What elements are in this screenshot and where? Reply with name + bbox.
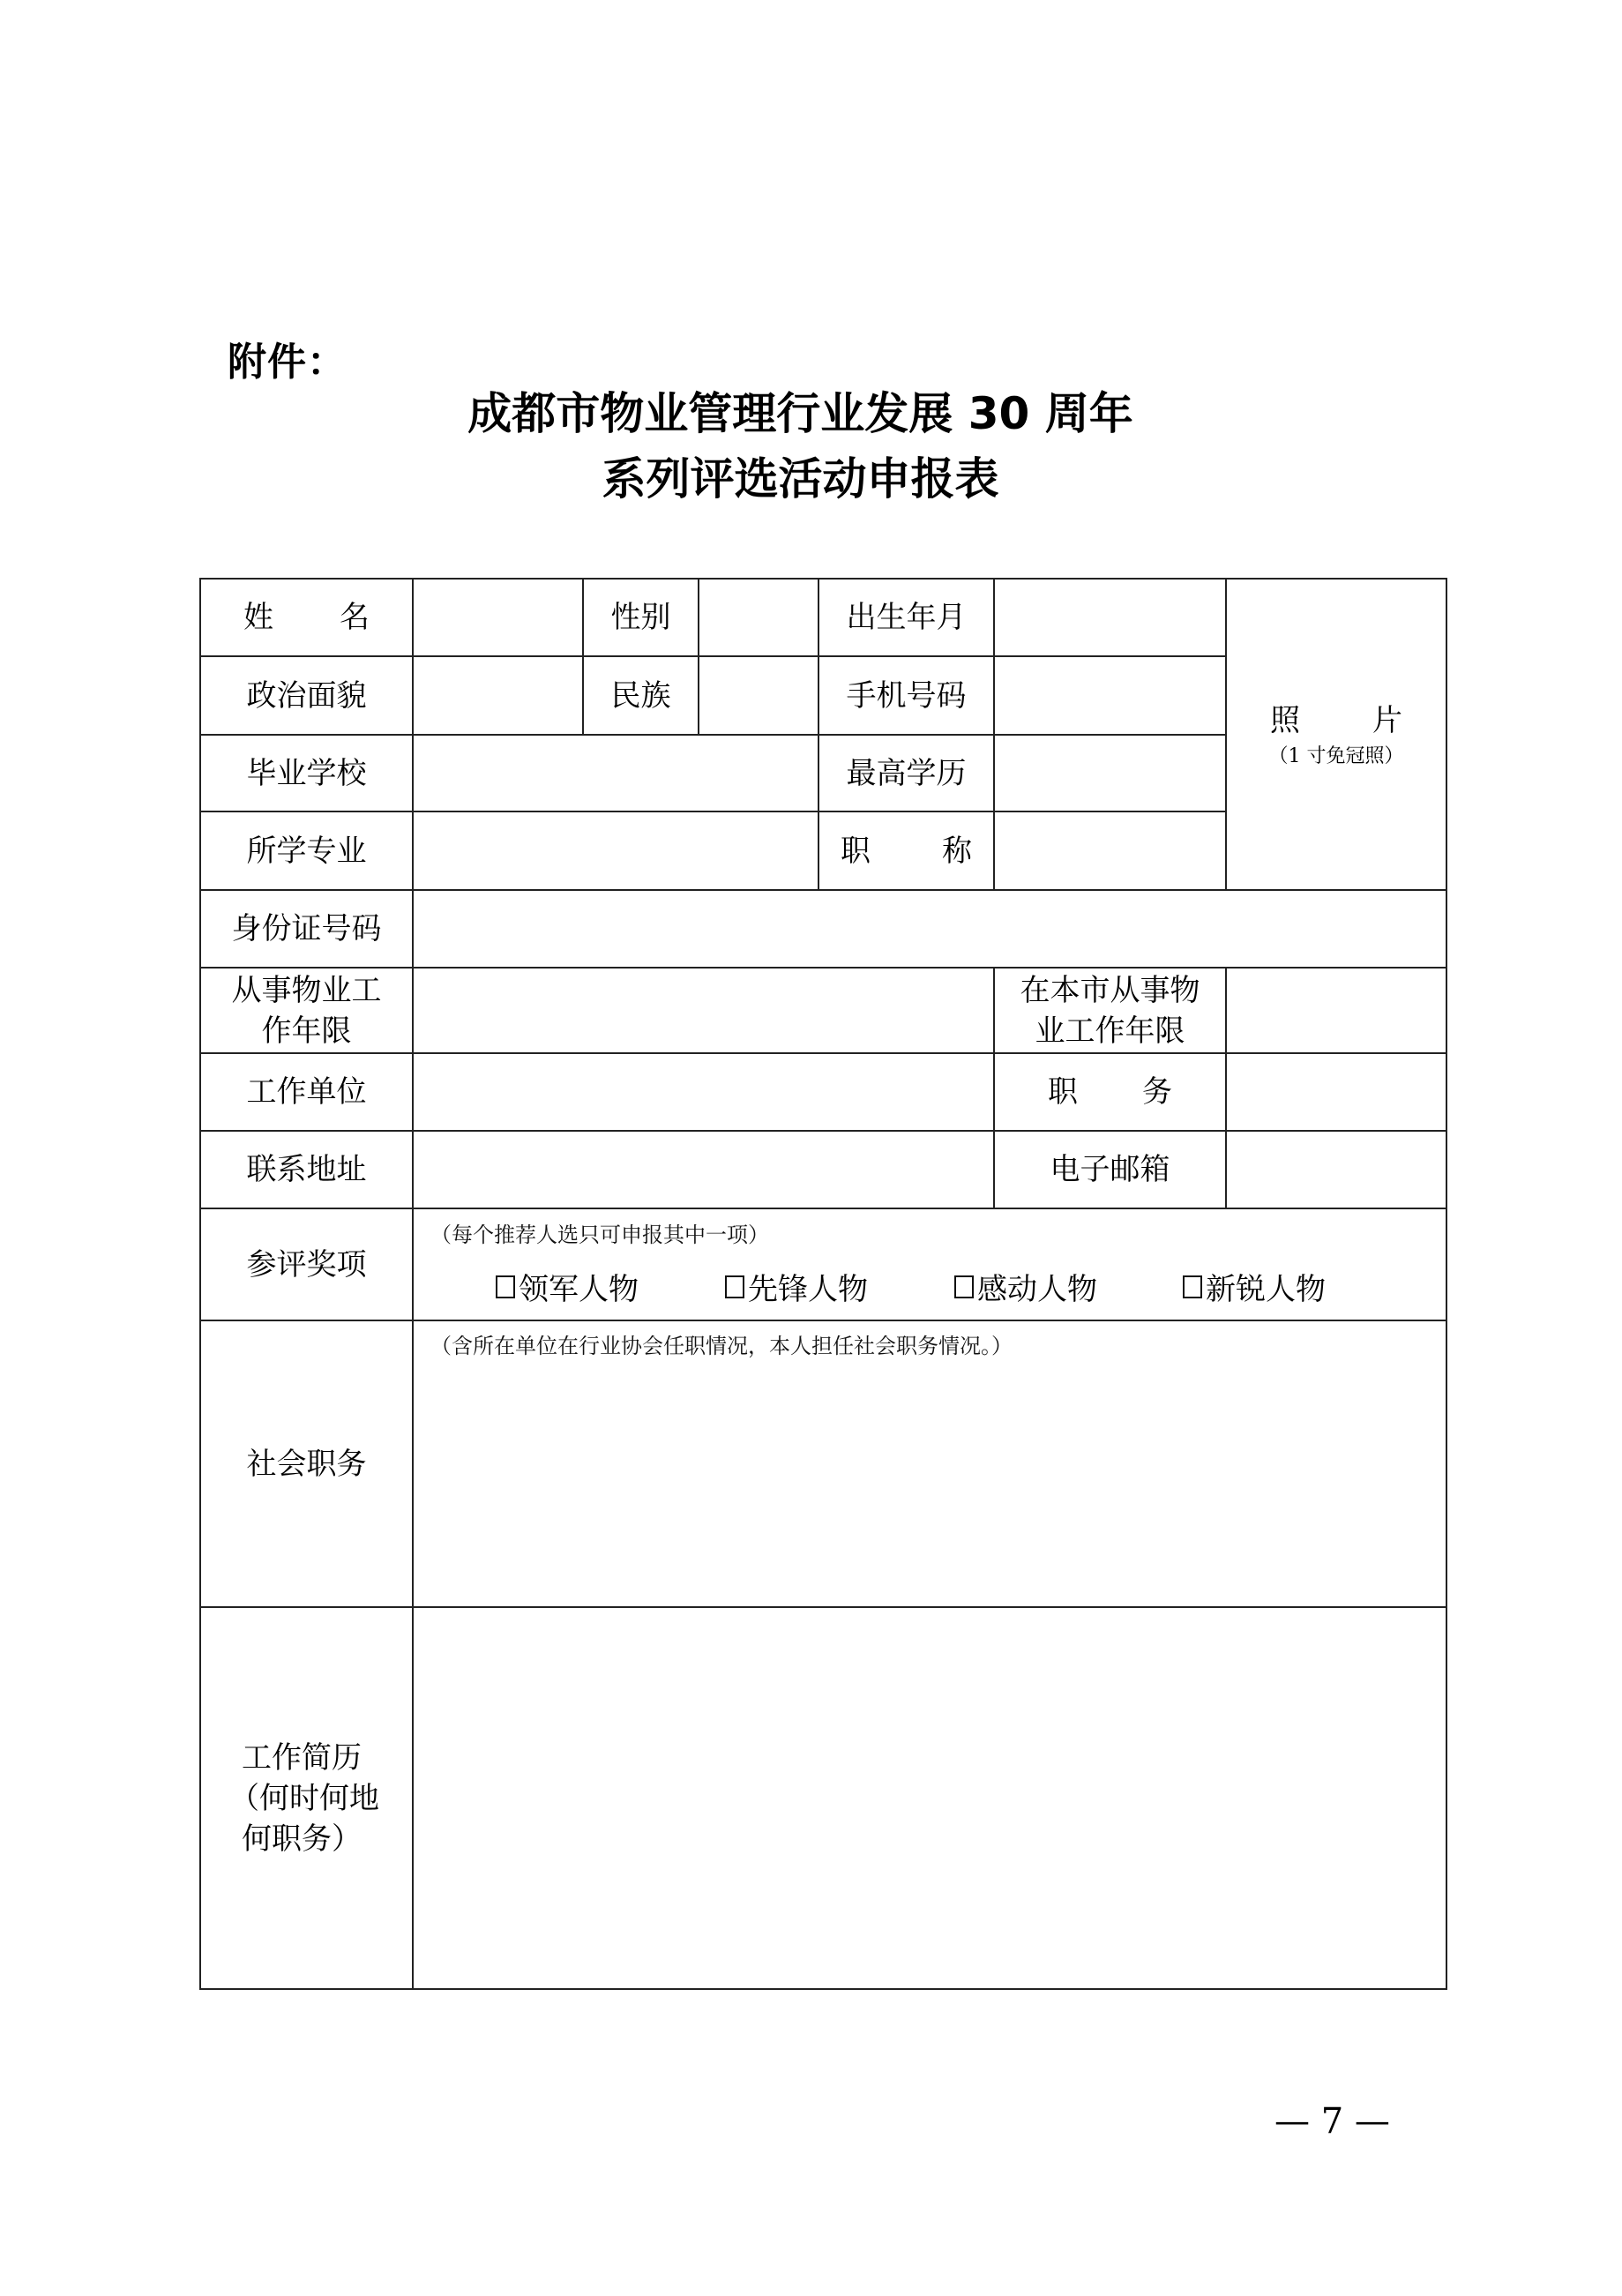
birth-label: 出生年月 (818, 578, 995, 657)
photo-label: 照片 （1 寸免冠照） (1269, 700, 1404, 769)
title-label-a: 职 (841, 831, 871, 871)
mobile-label: 手机号码 (818, 655, 995, 736)
name-label: 姓名 (199, 578, 414, 657)
title-label: 职称 (818, 811, 995, 891)
address-field[interactable] (412, 1130, 995, 1209)
email-field[interactable] (1225, 1130, 1447, 1209)
ethnicity-label: 民族 (582, 655, 699, 736)
page-title-line1: 成都市物业管理行业发展 30 周年 (0, 386, 1611, 441)
social-field[interactable] (412, 1320, 1447, 1608)
title-field[interactable] (993, 811, 1227, 891)
id-number-field[interactable] (412, 889, 1447, 969)
award-option-label: 新锐人物 (1206, 1265, 1326, 1308)
position-label-b: 务 (1142, 1072, 1172, 1112)
years-city-label-line2: 业工作年限 (1035, 1011, 1185, 1051)
award-option-rising[interactable]: 新锐人物 (1183, 1265, 1326, 1308)
mobile-field[interactable] (993, 655, 1227, 736)
position-label-a: 职 (1048, 1072, 1078, 1112)
page-title-line2: 系列评选活动申报表 (0, 452, 1611, 506)
years-industry-label-line1: 从事物业工 (232, 970, 382, 1011)
award-option-touching[interactable]: 感动人物 (954, 1265, 1097, 1308)
school-label: 毕业学校 (199, 734, 414, 812)
award-label: 参评奖项 (199, 1208, 414, 1321)
ethnicity-field[interactable] (698, 655, 819, 736)
position-label: 职务 (993, 1052, 1227, 1132)
years-industry-label-line2: 作年限 (262, 1011, 352, 1051)
photo-note: （1 寸免冠照） (1269, 744, 1404, 769)
email-label: 电子邮箱 (993, 1130, 1227, 1209)
resume-label: 工作简历 （何时何地 何职务） (199, 1606, 414, 1990)
name-label-a: 姓 (243, 597, 273, 638)
education-label: 最高学历 (818, 734, 995, 812)
page-number: — 7 — (1274, 2101, 1390, 2142)
years-industry-field[interactable] (412, 967, 995, 1054)
major-field[interactable] (412, 811, 819, 891)
years-industry-label: 从事物业工 作年限 (199, 967, 414, 1054)
years-city-field[interactable] (1225, 967, 1447, 1054)
social-hint: （含所在单位在行业协会任职情况，本人担任社会职务情况。） (430, 1328, 1013, 1359)
award-hint: （每个推荐人选只可申报其中一项） (430, 1217, 769, 1248)
title-label-b: 称 (942, 831, 972, 871)
award-option-leader[interactable]: 领军人物 (496, 1265, 639, 1308)
award-option-pioneer[interactable]: 先锋人物 (725, 1265, 868, 1308)
gender-field[interactable] (698, 578, 819, 657)
major-label: 所学专业 (199, 811, 414, 891)
checkbox-icon[interactable] (1183, 1275, 1202, 1298)
political-label: 政治面貌 (199, 655, 414, 736)
political-field[interactable] (412, 655, 584, 736)
years-city-label-line1: 在本市从事物 (1020, 970, 1200, 1011)
attachment-label: 附件： (228, 330, 347, 386)
years-city-label: 在本市从事物 业工作年限 (993, 967, 1227, 1054)
gender-label: 性别 (582, 578, 699, 657)
name-label-b: 名 (340, 597, 370, 638)
employer-label: 工作单位 (199, 1052, 414, 1132)
photo-label-a: 照 (1270, 700, 1300, 741)
education-field[interactable] (993, 734, 1227, 812)
position-field[interactable] (1225, 1052, 1447, 1132)
photo-label-b: 片 (1372, 700, 1402, 741)
award-option-label: 领军人物 (519, 1265, 639, 1308)
award-option-label: 先锋人物 (748, 1265, 868, 1308)
address-label: 联系地址 (199, 1130, 414, 1209)
checkbox-icon[interactable] (496, 1275, 515, 1298)
photo-box[interactable]: 照片 （1 寸免冠照） (1225, 578, 1447, 891)
school-field[interactable] (412, 734, 819, 812)
resume-label-line2: （何时何地 (229, 1778, 379, 1819)
resume-field[interactable] (412, 1606, 1447, 1990)
resume-label-line1: 工作简历 (242, 1738, 362, 1778)
id-number-label: 身份证号码 (199, 889, 414, 969)
checkbox-icon[interactable] (954, 1275, 974, 1298)
birth-field[interactable] (993, 578, 1227, 657)
employer-field[interactable] (412, 1052, 995, 1132)
checkbox-icon[interactable] (725, 1275, 744, 1298)
social-label: 社会职务 (199, 1320, 414, 1608)
name-field[interactable] (412, 578, 584, 657)
award-option-label: 感动人物 (977, 1265, 1097, 1308)
resume-label-line3: 何职务） (242, 1819, 362, 1859)
